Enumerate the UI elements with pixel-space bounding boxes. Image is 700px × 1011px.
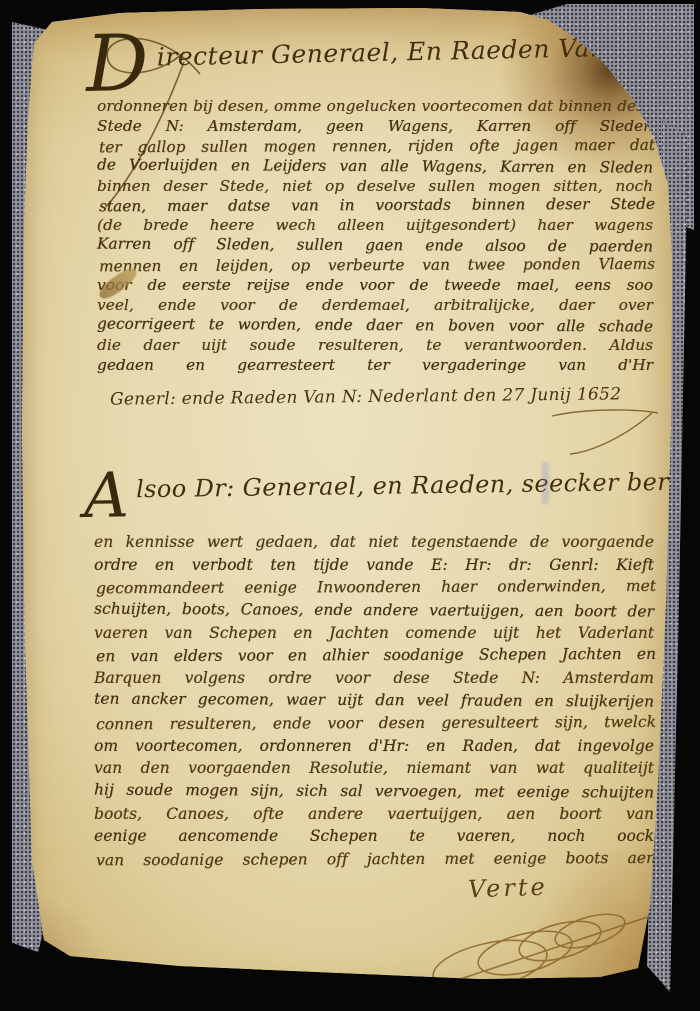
manuscript-line: om voortecomen, ordonneren d'Hr: en Rade… [94, 735, 654, 758]
manuscript-line: staen, maer datse van in voorstads binne… [99, 195, 655, 217]
manuscript-line: veel, ende voor de derdemael, arbitralij… [97, 296, 653, 316]
manuscript-line: mennen en leijden, op verbeurte van twee… [99, 255, 655, 277]
manuscript-line: Stede N: Amsterdam, geen Wagens, Karren … [97, 117, 653, 137]
manuscript-line: gecommandeert eenige Inwoonderen haer on… [96, 575, 656, 600]
date-underline-flourish-icon [548, 404, 663, 459]
manuscript-line: ordonneren bij desen, omme ongelucken vo… [97, 97, 653, 117]
manuscript-line: van den voorgaenden Resolutie, niemant v… [94, 757, 654, 780]
manuscript-line: Barquen volgens ordre voor dese Stede N:… [94, 667, 654, 690]
manuscript-line: de Voerluijden en Leijders van alle Wage… [97, 155, 653, 178]
document-heading: Directeur Generael, En Raeden Van N: Ned… [86, 32, 662, 94]
manuscript-page: Directeur Generael, En Raeden Van N: Ned… [0, 0, 700, 1011]
manuscript-line: en van elders voor en alhier soodanige S… [96, 643, 656, 668]
manuscript-line: ter gallop sullen mogen rennen, rijden o… [99, 136, 655, 158]
manuscript-line: ten ancker gecomen, waer uijt dan veel f… [94, 688, 654, 714]
manuscript-line: en kennisse wert gedaen, dat niet tegens… [94, 531, 654, 554]
manuscript-line: voor de eerste reijse ende voor de tweed… [97, 276, 653, 296]
manuscript-line: die daer uijt soude resulteren, te veran… [97, 336, 653, 356]
manuscript-line: (de brede heere wech alleen uijtgesonder… [97, 216, 653, 236]
manuscript-line: van soodanige schepen off jachten met ee… [96, 847, 656, 872]
manuscript-line: vaeren van Schepen en Jachten comende ui… [94, 622, 654, 645]
manuscript-line: gedaen en gearresteert ter vergaderinge … [97, 356, 653, 376]
manuscript-line: connen resulteren, ende voor desen geres… [96, 711, 656, 736]
faint-blue-stain [542, 462, 549, 504]
dateline: Generl: ende Raeden Van N: Nederlant den… [110, 384, 622, 409]
manuscript-line: ordre en verbodt ten tijde vande E: Hr: … [94, 554, 654, 577]
manuscript-line: boots, Canoes, ofte andere vaertuijgen, … [94, 803, 654, 826]
paragraph-2: en kennisse wert gedaen, dat niet tegens… [94, 531, 654, 871]
manuscript-line: eenige aencomende Schepen te vaeren, noc… [94, 825, 654, 848]
photo-background: Directeur Generael, En Raeden Van N: Ned… [0, 0, 700, 1011]
manuscript-line: hij soude mogen sijn, sich sal vervoegen… [94, 779, 654, 805]
manuscript-line: binnen deser Stede, niet op deselve sull… [97, 177, 653, 197]
paragraph-2-heading: Alsoo Dr: Generael, en Raeden, seecker b… [84, 468, 660, 520]
manuscript-line: gecorrigeert te worden, ende daer en bov… [97, 314, 653, 337]
paragraph-1: ordonneren bij desen, omme ongelucken vo… [97, 97, 653, 375]
manuscript-line: schuijten, boots, Canoes, ende andere va… [94, 597, 654, 623]
